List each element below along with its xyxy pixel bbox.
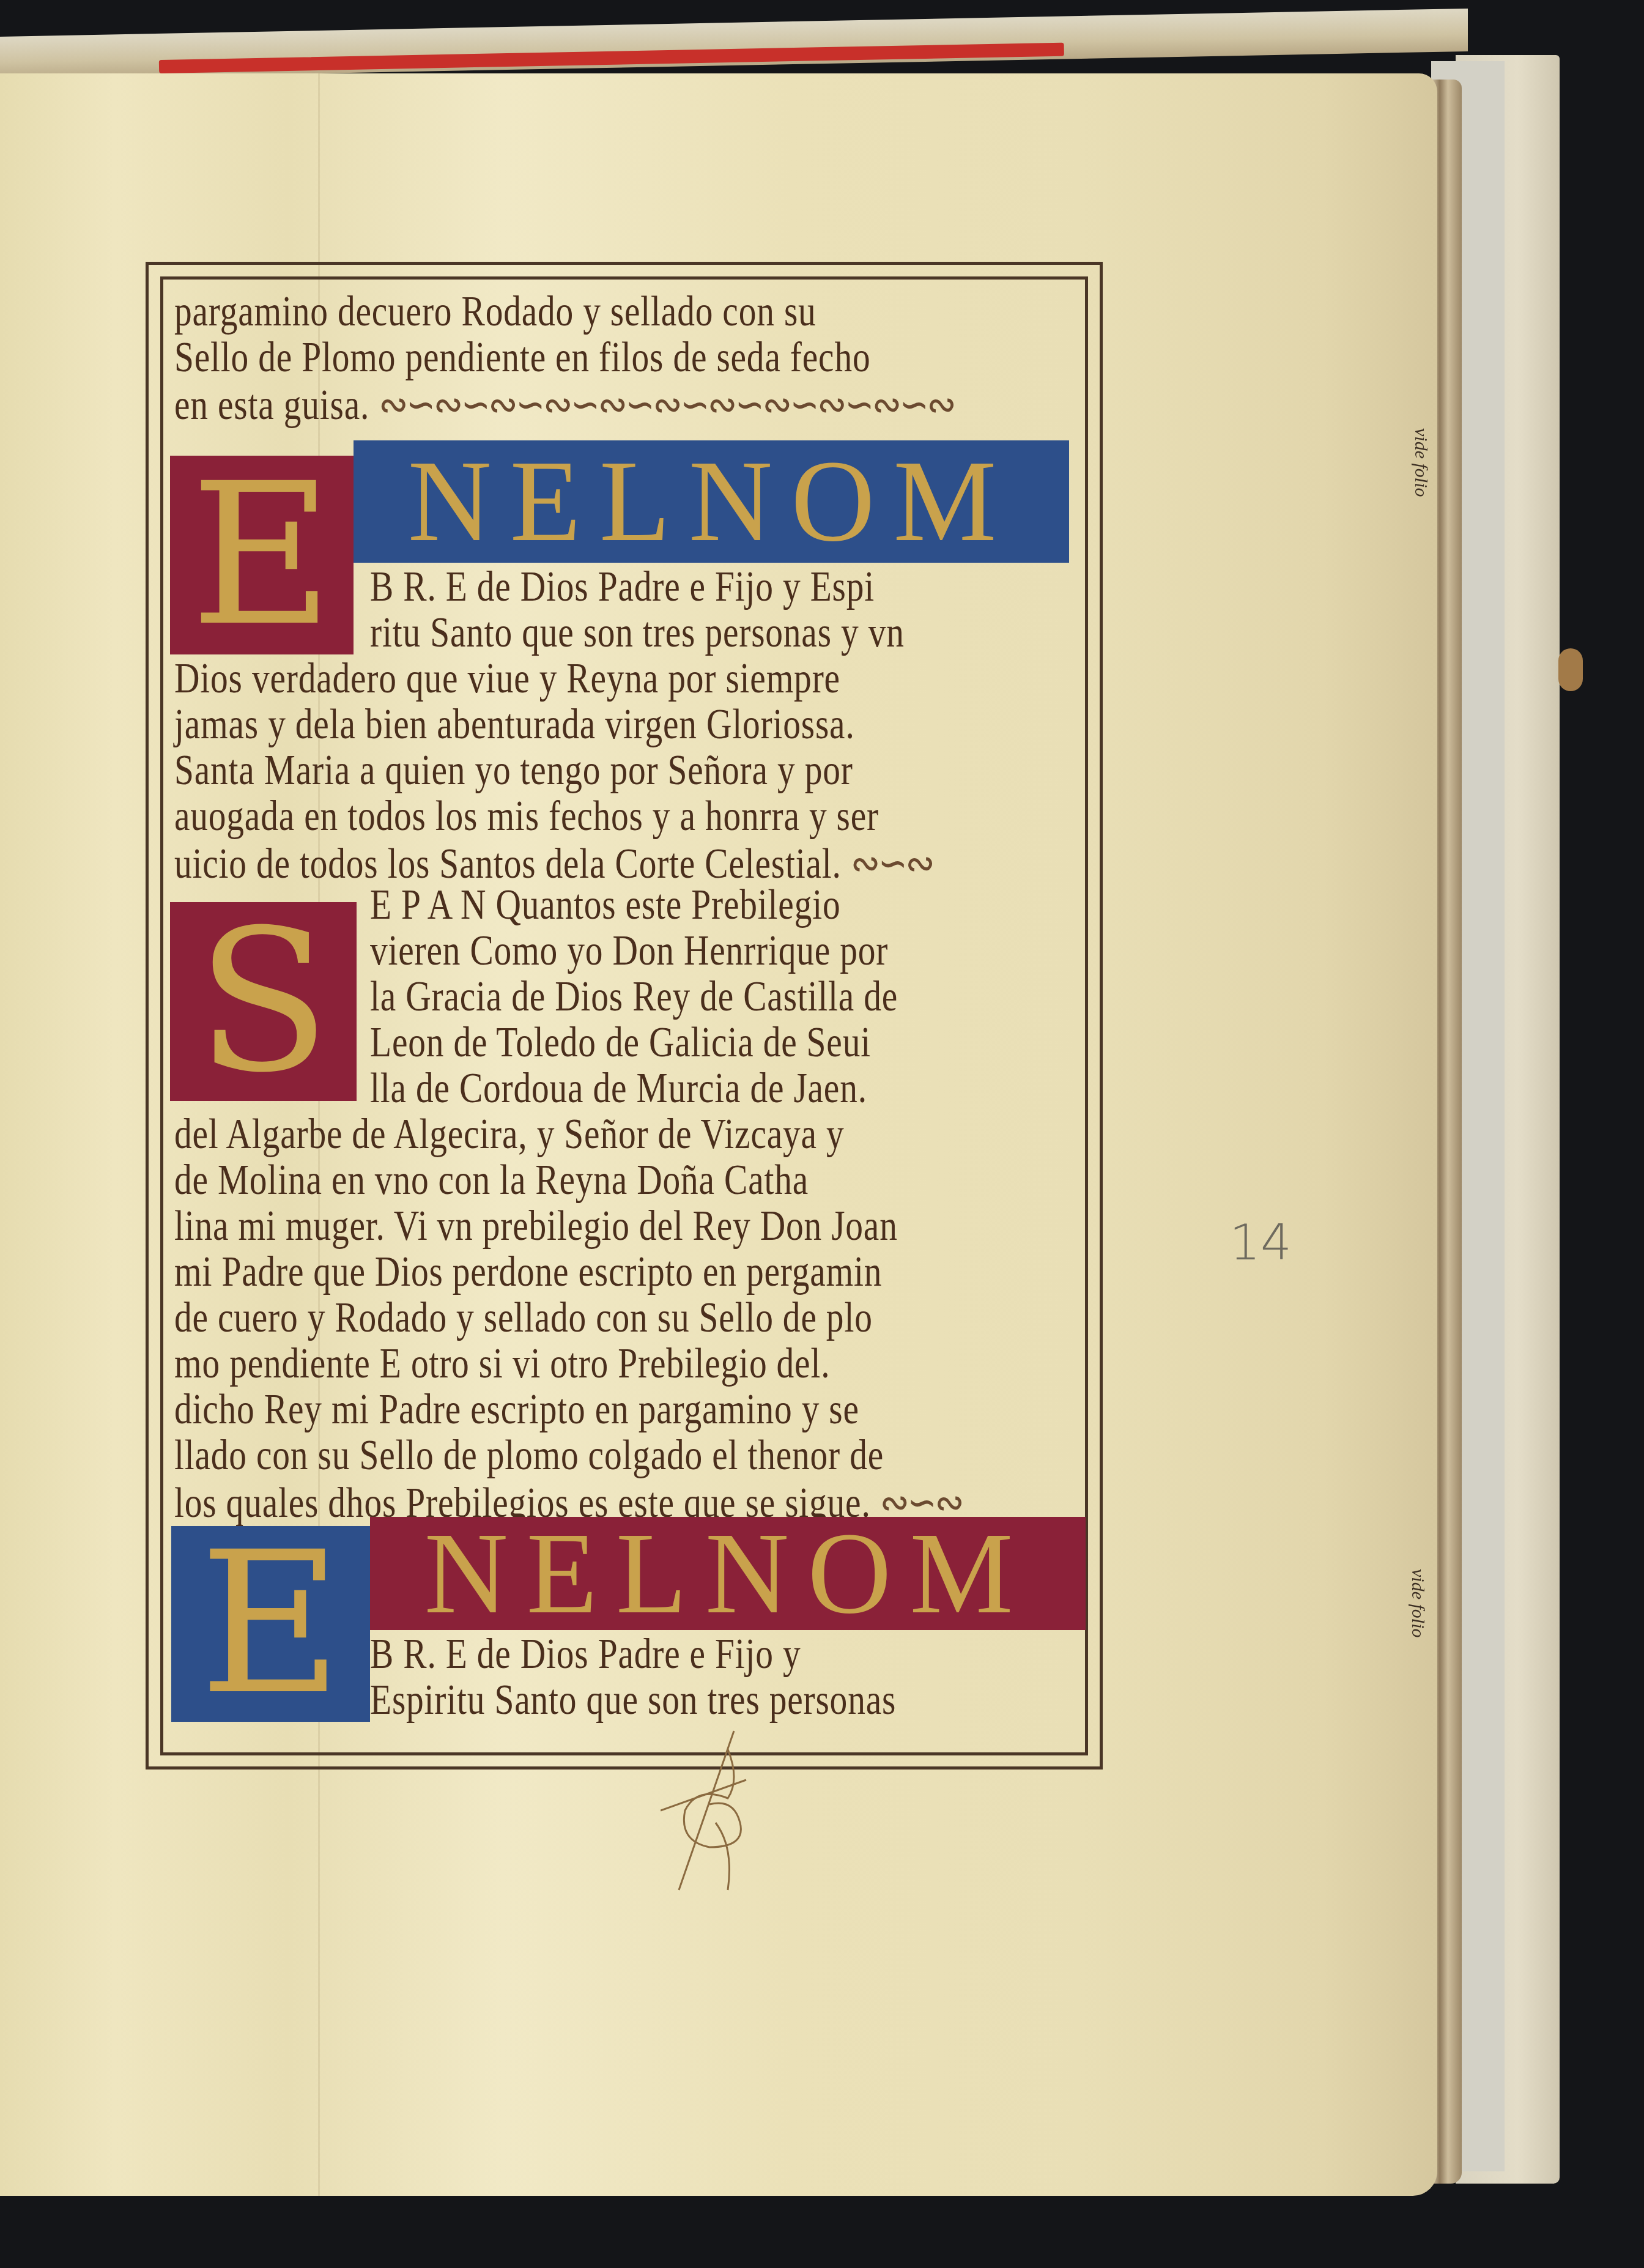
initial-letter: E bbox=[199, 1526, 342, 1722]
section2-line-3: la Gracia de Dios Rey de Castilla de bbox=[370, 973, 898, 1021]
section2-line-8: lina mi muger. Vi vn prebilegio del Rey … bbox=[174, 1202, 898, 1251]
line-filler-flourish: ∾∽∾∽∾∽∾∽∾∽∾∽∾∽∾∽∾∽∾∽∾ bbox=[379, 382, 954, 429]
opening-line-1: pargamino decuero Rodado y sellado con s… bbox=[174, 287, 816, 336]
section2-line-6: del Algarbe de Algecira, y Señor de Vizc… bbox=[174, 1110, 844, 1159]
opening-line-2: Sello de Plomo pendiente en filos de sed… bbox=[174, 333, 870, 382]
folio-number: 14 bbox=[1229, 1214, 1292, 1271]
section3-line-2: Espiritu Santo que son tres personas bbox=[370, 1676, 896, 1725]
initial-letter: S bbox=[196, 904, 330, 1100]
section2-line-9: mi Padre que Dios perdone escripto en pe… bbox=[174, 1248, 882, 1297]
section2-line-10: de cuero y Rodado y sellado con su Sello… bbox=[174, 1294, 873, 1343]
banner-text: NELNOM bbox=[408, 435, 1015, 568]
banner-text: NELNOM bbox=[424, 1507, 1032, 1640]
section2-line-7: de Molina en vno con la Reyna Doña Catha bbox=[174, 1156, 809, 1205]
initial-letter: E bbox=[190, 458, 333, 653]
notarial-rubric-monogram bbox=[661, 1725, 765, 1896]
heading-banner-1: NELNOM bbox=[354, 440, 1069, 563]
heading-banner-2: NELNOM bbox=[370, 1517, 1086, 1630]
section2-line-4: Leon de Toledo de Galicia de Seui bbox=[370, 1018, 871, 1067]
section1-line-3: Dios verdadero que viue y Reyna por siem… bbox=[174, 654, 840, 703]
opening-line-3: en esta guisa. ∾∽∾∽∾∽∾∽∾∽∾∽∾∽∾∽∾∽∾∽∾ bbox=[174, 379, 954, 430]
section2-line-12: dicho Rey mi Padre escripto en pargamino… bbox=[174, 1385, 859, 1434]
section1-line-4: jamas y dela bien abenturada virgen Glor… bbox=[174, 700, 855, 749]
section2-line-5: lla de Cordoua de Murcia de Jaen. bbox=[370, 1064, 867, 1113]
margin-note-lower: vide folio bbox=[1407, 1569, 1428, 1637]
section2-line-1: E P A N Quantos este Prebilegio bbox=[370, 881, 840, 930]
cover-tie bbox=[1558, 648, 1583, 691]
illuminated-initial-s: S bbox=[170, 902, 357, 1101]
illuminated-initial-e-1: E bbox=[170, 456, 354, 654]
illuminated-initial-e-2: E bbox=[171, 1526, 370, 1722]
section1-line-2: ritu Santo que son tres personas y vn bbox=[370, 609, 905, 658]
section1-line-5: Santa Maria a quien yo tengo por Señora … bbox=[174, 746, 853, 795]
margin-note-upper: vide folio bbox=[1410, 428, 1431, 497]
section2-line-2: vieren Como yo Don Henrrique por bbox=[370, 927, 888, 976]
section1-line-6: auogada en todos los mis fechos y a honr… bbox=[174, 792, 879, 841]
section3-line-1: B R. E de Dios Padre e Fijo y bbox=[370, 1630, 801, 1679]
section2-line-13: llado con su Sello de plomo colgado el t… bbox=[174, 1431, 884, 1480]
line-filler-flourish: ∾∽∾ bbox=[851, 840, 933, 888]
section2-line-11: mo pendiente E otro si vi otro Prebilegi… bbox=[174, 1340, 830, 1388]
opening-line-3-text: en esta guisa. bbox=[174, 382, 369, 429]
section1-line-1: B R. E de Dios Padre e Fijo y Espi bbox=[370, 563, 875, 612]
